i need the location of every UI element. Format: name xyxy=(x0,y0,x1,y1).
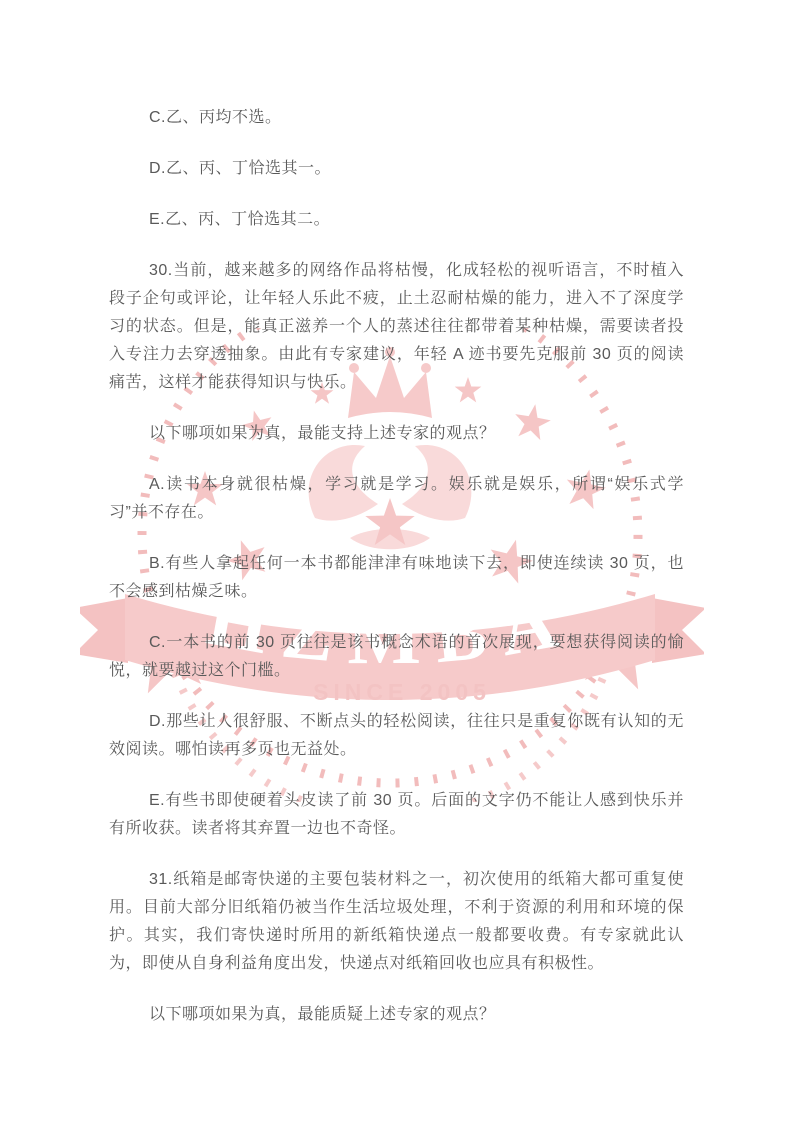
option-c-q29: C.乙、丙均不选。 xyxy=(109,104,684,132)
document-body: C.乙、丙均不选。 D.乙、丙、丁恰选其一。 E.乙、丙、丁恰选其二。 30.当… xyxy=(0,0,794,1029)
option-e-q30: E.有些书即使硬着头皮读了前 30 页。后面的文字仍不能让人感到快乐并有所收获。… xyxy=(109,787,684,843)
option-b-q30: B.有些人拿起任何一本书都能津津有味地读下去，即使连续读 30 页，也不会感到枯… xyxy=(109,550,684,606)
option-c-q30: C.一本书的前 30 页往往是该书概念术语的首次展现，要想获得阅读的愉悦，就要越… xyxy=(109,629,684,685)
option-e-q29: E.乙、丙、丁恰选其二。 xyxy=(109,206,684,234)
question-31-prompt: 以下哪项如果为真，最能质疑上述专家的观点？ xyxy=(109,1001,684,1029)
question-30: 30.当前，越来越多的网络作品将枯慢，化成轻松的视听语言，不时植入段子企句或评论… xyxy=(109,257,684,397)
option-d-q29: D.乙、丙、丁恰选其一。 xyxy=(109,155,684,183)
document-page: HZMBA SINCE 2005 C.乙、丙均不选。 D.乙、丙、丁恰选其一。 … xyxy=(0,0,794,1123)
option-a-q30: A.读书本身就很枯燥，学习就是学习。娱乐就是娱乐，所谓“娱乐式学习”并不存在。 xyxy=(109,471,684,527)
question-30-prompt: 以下哪项如果为真，最能支持上述专家的观点？ xyxy=(109,420,684,448)
option-d-q30: D.那些让人很舒服、不断点头的轻松阅读，往往只是重复你既有认知的无效阅读。哪怕读… xyxy=(109,708,684,764)
question-31: 31.纸箱是邮寄快递的主要包装材料之一，初次使用的纸箱大都可重复使用。目前大部分… xyxy=(109,866,684,978)
